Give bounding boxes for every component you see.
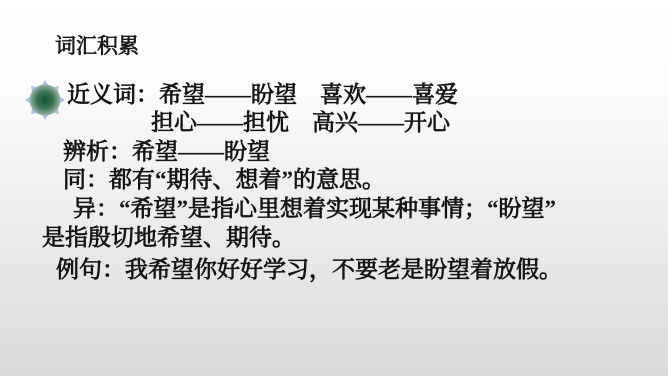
text-line-similarity: 同：都有“期待、想着”的意思。 <box>63 167 385 193</box>
text-line-example-sentence: 例句：我希望你好好学习，不要老是盼望着放假。 <box>56 257 562 283</box>
sun-star-bullet-icon <box>25 80 65 120</box>
slide-title: 词汇积累 <box>55 30 139 60</box>
text-line-analysis-heading: 辨析：希望——盼望 <box>63 139 270 165</box>
text-line-difference-part1: 异：“希望”是指心里想着实现某种事情；“盼望” <box>73 196 556 222</box>
text-line-synonyms-row1: 近义词：希望——盼望 喜欢——喜爱 <box>67 82 458 108</box>
text-line-synonyms-row2: 担心——担忧 高兴——开心 <box>151 110 450 136</box>
presentation-slide: 词汇积累 近义词：希望——盼望 喜欢——喜爱 担心——担忧 高兴——开心 辨析：… <box>0 0 668 376</box>
text-line-difference-part2: 是指殷切地希望、期待。 <box>42 225 295 251</box>
